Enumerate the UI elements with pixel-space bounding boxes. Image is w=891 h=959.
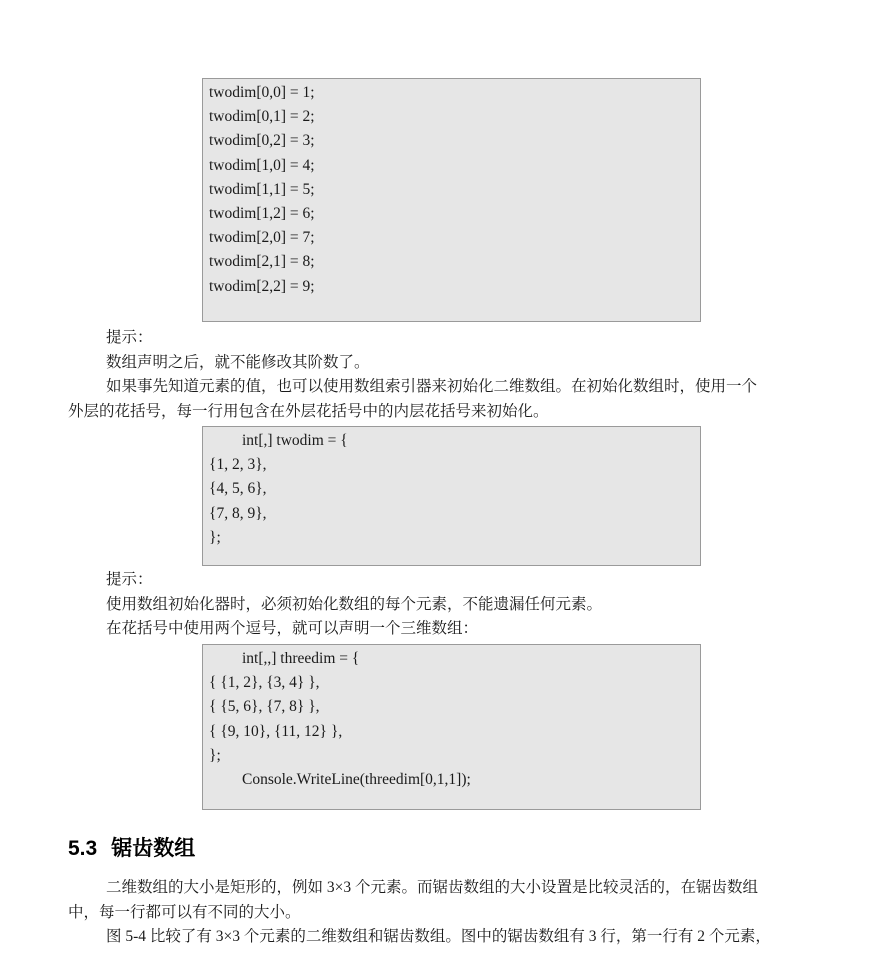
section-title: 锯齿数组 xyxy=(111,837,195,860)
code-line: twodim[2,0] = 7; xyxy=(209,226,700,250)
text-block-hint-1: 提示： 数组声明之后，就不能修改其阶数了。 如果事先知道元素的值，也可以使用数组… xyxy=(68,326,828,424)
code-line: int[,] twodim = { xyxy=(209,429,700,453)
code-line: twodim[1,2] = 6; xyxy=(209,202,700,226)
code-line: { {1, 2}, {3, 4} }, xyxy=(209,671,700,695)
paragraph-line: 图 5-4 比较了有 3×3 个元素的二维数组和锯齿数组。图中的锯齿数组有 3 … xyxy=(68,925,828,950)
hint-label: 提示： xyxy=(68,568,828,593)
code-line: int[,,] threedim = { xyxy=(209,647,700,671)
paragraph-line: 使用数组初始化器时，必须初始化数组的每个元素，不能遗漏任何元素。 xyxy=(68,593,828,618)
text-block-hint-2: 提示： 使用数组初始化器时，必须初始化数组的每个元素，不能遗漏任何元素。 在花括… xyxy=(68,568,828,642)
hint-label: 提示： xyxy=(68,326,828,351)
code-block-twodim-initializer: int[,] twodim = { {1, 2, 3}, {4, 5, 6}, … xyxy=(202,426,701,566)
code-block-threedim-initializer: int[,,] threedim = { { {1, 2}, {3, 4} },… xyxy=(202,644,701,810)
code-line: twodim[0,0] = 1; xyxy=(209,81,700,105)
paragraph-line: 如果事先知道元素的值，也可以使用数组索引器来初始化二维数组。在初始化数组时，使用… xyxy=(68,375,828,400)
code-line: twodim[0,1] = 2; xyxy=(209,105,700,129)
code-line: {4, 5, 6}, xyxy=(209,477,700,501)
code-line: }; xyxy=(209,744,700,768)
section-number: 5.3 xyxy=(68,837,97,860)
code-line: twodim[2,2] = 9; xyxy=(209,275,700,299)
paragraph-line: 外层的花括号，每一行用包含在外层花括号中的内层花括号来初始化。 xyxy=(68,400,828,425)
code-line: {1, 2, 3}, xyxy=(209,453,700,477)
paragraph-line: 在花括号中使用两个逗号，就可以声明一个三维数组： xyxy=(68,617,828,642)
paragraph-line: 数组声明之后，就不能修改其阶数了。 xyxy=(68,351,828,376)
code-line: { {5, 6}, {7, 8} }, xyxy=(209,695,700,719)
paragraph-line: 二维数组的大小是矩形的，例如 3×3 个元素。而锯齿数组的大小设置是比较灵活的，… xyxy=(68,876,828,901)
section-heading: 5.3锯齿数组 xyxy=(68,832,195,862)
code-block-twodim-assignments: twodim[0,0] = 1; twodim[0,1] = 2; twodim… xyxy=(202,78,701,322)
code-line: twodim[1,0] = 4; xyxy=(209,154,700,178)
code-line: twodim[2,1] = 8; xyxy=(209,250,700,274)
code-line: { {9, 10}, {11, 12} }, xyxy=(209,720,700,744)
code-line: twodim[1,1] = 5; xyxy=(209,178,700,202)
code-line: {7, 8, 9}, xyxy=(209,502,700,526)
code-line: twodim[0,2] = 3; xyxy=(209,129,700,153)
code-line: Console.WriteLine(threedim[0,1,1]); xyxy=(209,768,700,792)
code-line: }; xyxy=(209,526,700,550)
paragraph-line: 中，每一行都可以有不同的大小。 xyxy=(68,901,828,926)
text-block-jagged-intro: 二维数组的大小是矩形的，例如 3×3 个元素。而锯齿数组的大小设置是比较灵活的，… xyxy=(68,876,828,950)
